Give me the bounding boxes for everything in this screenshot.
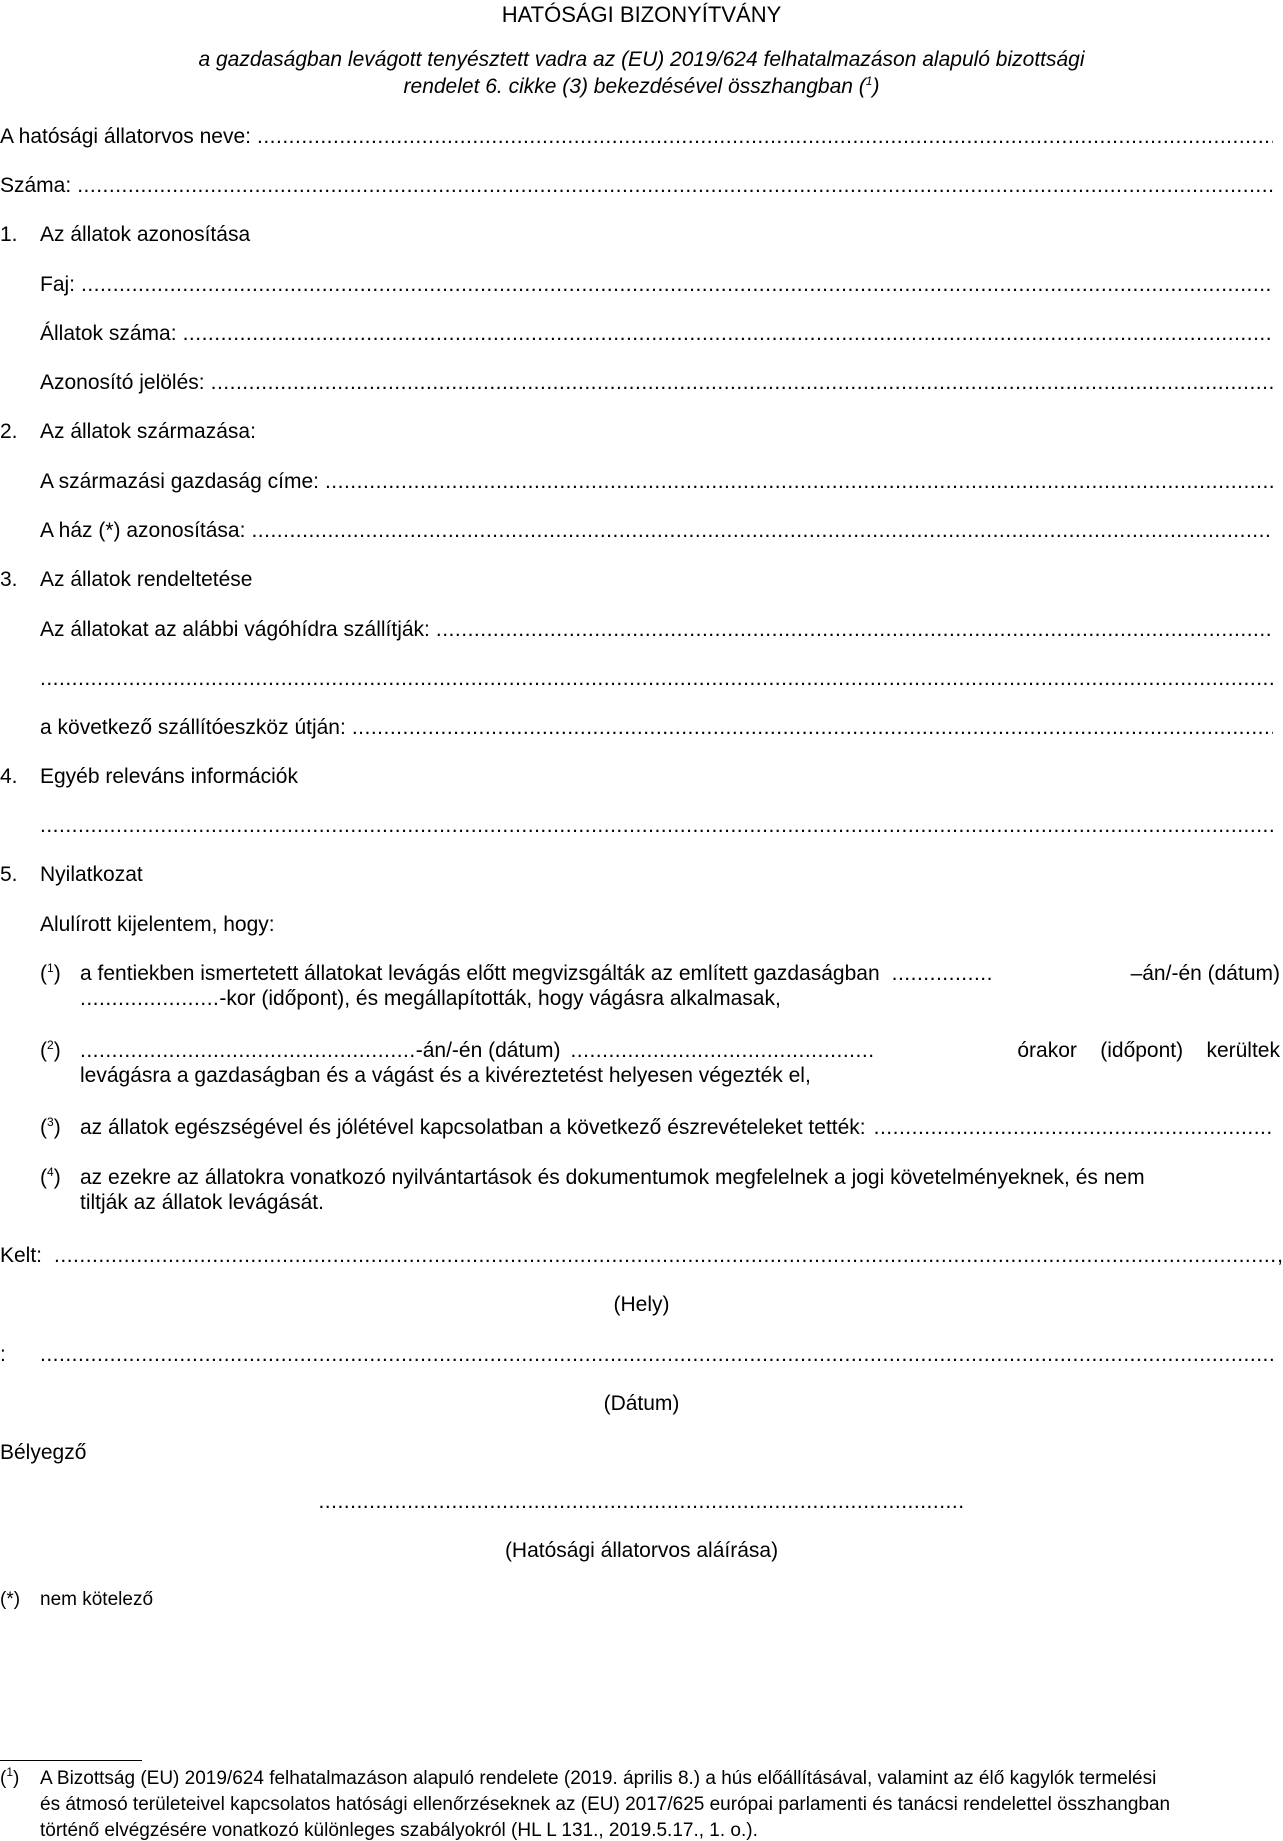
date-label: : [0,1343,40,1367]
date-input[interactable]: ........................................… [40,1343,1273,1367]
optional-note: (*)nem kötelező [0,1589,153,1611]
exam-time-input[interactable]: ...................... [80,987,219,1010]
kelt-comma: , [1277,1244,1283,1268]
slaughterhouse-input[interactable]: ........................................… [436,618,1273,642]
section-title: Az állatok rendeltetése [40,568,252,591]
section-5-heading: 5.Nyilatkozat [0,863,143,887]
declaration-2: (2) ....................................… [40,1039,1280,1088]
house-id-input[interactable]: ........................................… [251,519,1273,543]
footnote-divider [0,1760,142,1761]
section-number: 4. [0,765,40,789]
declaration-mark: (1) [40,962,80,986]
footnote-line-3: történő elvégzésére vonatkozó különleges… [40,1818,758,1841]
slaughter-date-input[interactable]: ........................................… [80,1039,416,1063]
place-field[interactable]: Kelt: ..................................… [0,1244,1283,1270]
number-field[interactable]: Száma: .................................… [0,174,1273,200]
declaration-text: órakor (időpont) kerültek [1017,1039,1280,1063]
vet-name-label: A hatósági állatorvos neve: [0,125,257,149]
origin-address-label: A származási gazdaság címe: [40,470,325,494]
declaration-text: -kor (időpont), és megállapították, hogy… [219,987,780,1010]
note-text: nem kötelező [40,1589,153,1610]
exam-date-input[interactable]: ................ [892,962,993,986]
note-mark: (*) [0,1589,40,1611]
transport-label: a következő szállítóeszköz útján: [40,716,352,740]
section-title: Nyilatkozat [40,863,143,886]
observations-input[interactable]: ........................................… [874,1116,1273,1140]
number-input[interactable]: ........................................… [77,174,1273,198]
declaration-mark: (2) [40,1039,80,1063]
other-info-field[interactable]: ........................................… [40,814,1273,840]
stamp-label: Bélyegző [0,1441,86,1465]
section-title: Az állatok származása: [40,420,256,443]
id-mark-input[interactable]: ........................................… [211,371,1273,395]
subtitle-close: ) [872,75,879,98]
section-number: 5. [0,863,40,887]
slaughter-time-input[interactable]: ........................................… [570,1039,874,1063]
place-caption: (Hely) [0,1293,1283,1317]
animal-count-input[interactable]: ........................................… [183,322,1273,346]
declaration-text: az ezekre az állatokra vonatkozó nyilván… [80,1166,1145,1190]
slaughterhouse-label: Az állatokat az alábbi vágóhídra szállít… [40,618,436,642]
origin-address-input[interactable]: ........................................… [325,470,1273,494]
section-3-heading: 3.Az állatok rendeltetése [0,568,252,592]
house-id-label: A ház (*) azonosítása: [40,519,251,543]
house-id-field[interactable]: A ház (*) azonosítása: .................… [40,519,1273,545]
species-input[interactable]: ........................................… [81,273,1273,297]
declaration-text: –án/-én (dátum) [1131,962,1280,986]
species-label: Faj: [40,273,81,297]
date-caption: (Dátum) [0,1392,1283,1416]
footnote-line-2: és átmosó területeivel kapcsolatos hatós… [40,1792,1170,1818]
section-1-heading: 1.Az állatok azonosítása [0,223,250,247]
kelt-label: Kelt: [0,1244,54,1268]
transport-input[interactable]: ........................................… [352,716,1273,740]
footnote-line-1: A Bizottság (EU) 2019/624 felhatalmazáso… [40,1766,1156,1792]
declaration-text: az állatok egészségével és jólétével kap… [80,1116,866,1140]
declaration-mark: (4) [40,1166,80,1190]
section-number: 2. [0,420,40,444]
number-label: Száma: [0,174,77,198]
declaration-4: (4) az ezekre az állatokra vonatkozó nyi… [40,1166,1280,1215]
other-info-input[interactable]: ........................................… [40,814,1273,838]
animal-count-field[interactable]: Állatok száma: .........................… [40,322,1273,348]
document-subtitle-line1: a gazdaságban levágott tenyésztett vadra… [0,48,1283,72]
section-number: 3. [0,568,40,592]
declaration-text: -án/-én (dátum) [416,1039,561,1063]
species-field[interactable]: Faj: ...................................… [40,273,1273,299]
section-title: Az állatok azonosítása [40,223,250,246]
subtitle-text: rendelet 6. cikke (3) bekezdésével összh… [404,75,866,98]
declaration-text: levágásra a gazdaságban és a vágást és a… [40,1064,1280,1088]
section-2-heading: 2.Az állatok származása: [0,420,256,444]
slaughterhouse-input-cont[interactable]: ........................................… [40,667,1273,691]
id-mark-label: Azonosító jelölés: [40,371,211,395]
origin-address-field[interactable]: A származási gazdaság címe: ............… [40,470,1273,496]
footnote-mark: (1) [0,1766,19,1792]
animal-count-label: Állatok száma: [40,322,183,346]
slaughterhouse-field-cont[interactable]: ........................................… [40,667,1273,693]
declaration-mark: (3) [40,1116,80,1140]
vet-name-field[interactable]: A hatósági állatorvos neve: ............… [0,125,1273,151]
declaration-1: (1) a fentiekben ismertetett állatokat l… [40,962,1280,1011]
declaration-text: a fentiekben ismertetett állatokat levág… [80,962,880,986]
transport-field[interactable]: a következő szállítóeszköz útján: ......… [40,716,1273,742]
signature-input[interactable]: ........................................… [0,1490,1283,1514]
declaration-3: (3) az állatok egészségével és jólétével… [40,1116,1273,1140]
date-field[interactable]: : ......................................… [0,1343,1273,1369]
declaration-text: tiltják az állatok levágását. [40,1191,1280,1215]
vet-name-input[interactable]: ........................................… [257,125,1273,149]
signature-caption: (Hatósági állatorvos aláírása) [0,1539,1283,1563]
declaration-intro: Alulírott kijelentem, hogy: [40,913,275,937]
section-title: Egyéb releváns információk [40,765,298,788]
section-number: 1. [0,223,40,247]
slaughterhouse-field[interactable]: Az állatokat az alábbi vágóhídra szállít… [40,618,1273,644]
section-4-heading: 4.Egyéb releváns információk [0,765,298,789]
place-input[interactable]: ........................................… [54,1244,1277,1268]
document-title: HATÓSÁGI BIZONYÍTVÁNY [0,2,1283,28]
document-subtitle-line2: rendelet 6. cikke (3) bekezdésével összh… [0,75,1283,99]
id-mark-field[interactable]: Azonosító jelölés: .....................… [40,371,1273,397]
